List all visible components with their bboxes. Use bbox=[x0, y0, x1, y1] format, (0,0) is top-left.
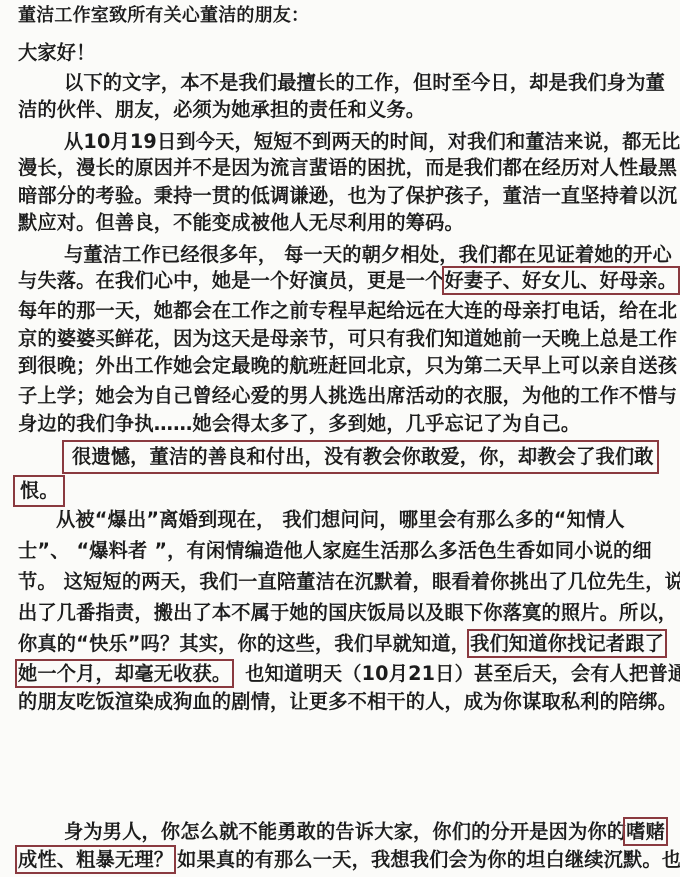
paragraph-text: 如果真的有那么一天，我想我们会为你的坦白继续沉默。也 bbox=[177, 848, 680, 871]
highlight-reporter-1: 我们知道你找记者跟了 bbox=[470, 632, 664, 655]
paragraph-line: 出了几番指责，搬出了本不属于她的国庆饭局以及眼下你落寞的照片。所以， bbox=[18, 601, 677, 625]
paragraph-line: 以下的文字，本不是我们最擅长的工作，但时至今日，却是我们身为董 bbox=[64, 71, 665, 95]
paragraph-text: 身为男人，你怎么就不能勇敢的告诉大家，你们的分开是因为你的 bbox=[64, 820, 626, 843]
highlight-gambling-2: 成性、粗暴无理？ bbox=[18, 848, 173, 871]
paragraph-line: 成性、粗暴无理？如果真的有那么一天，我想我们会为你的坦白继续沉默。也 bbox=[18, 848, 680, 872]
greeting: 大家好！ bbox=[18, 41, 96, 65]
paragraph-line: 从10月19日到今天，短短不到两天的时间，对我们和董洁来说，都无比 bbox=[64, 130, 680, 154]
paragraph-line: 你真的“快乐”吗？其实，你的这些，我们早就知道，我们知道你找记者跟了 bbox=[18, 632, 664, 656]
paragraph-line: 漫长，漫长的原因并不是因为流言蜚语的困扰，而是我们都在经历对人性最黑 bbox=[18, 156, 677, 180]
paragraph-line: 的朋友吃饭渲染成狗血的剧情，让更多不相干的人，成为你谋取私利的陪绑。 bbox=[18, 690, 677, 714]
paragraph-line: 每年的那一天，她都会在工作之前专程早起给远在大连的母亲打电话，给在北 bbox=[18, 299, 677, 323]
paragraph-line: 暗部分的考验。秉持一贯的低调谦逊，也为了保护孩子，董洁一直坚持着以沉 bbox=[18, 184, 677, 208]
paragraph-line: 节。 这短短的两天，我们一直陪董洁在沉默着，眼看着你挑出了几位先生，说 bbox=[18, 570, 680, 594]
paragraph-line: 默应对。但善良，不能变成被他人无尽利用的筹码。 bbox=[18, 211, 464, 235]
paragraph-line: 到很晚；外出工作她会定最晚的航班赶回北京，只为第二天早上可以亲自送孩 bbox=[18, 354, 677, 378]
paragraph-line: 身为男人，你怎么就不能勇敢的告诉大家，你们的分开是因为你的嗜赌 bbox=[64, 820, 665, 844]
paragraph-line: 士”、 “爆料者 ”，有闲情编造他人家庭生活那么多活色生香如同小说的细 bbox=[18, 539, 652, 563]
highlight-good-wife: 好妻子、好女儿、好母亲。 bbox=[445, 269, 678, 292]
paragraph-line: 与失落。在我们心中，她是一个好演员，更是一个好妻子、好女儿、好母亲。 bbox=[18, 269, 677, 293]
paragraph-line: 身边的我们争执……她会得太多了，多到她，几乎忘记了为自己。 bbox=[18, 412, 580, 436]
paragraph-line: 洁的伙伴、朋友，必须为她承担的责任和义务。 bbox=[18, 98, 425, 122]
paragraph-text: 与失落。在我们心中，她是一个好演员，更是一个 bbox=[18, 269, 445, 292]
paragraph-line: 从被“爆出”离婚到现在， 我们想问问，哪里会有那么多的“知情人 bbox=[56, 508, 625, 532]
highlight-reporter-2: 她一个月，却毫无收获。 bbox=[18, 662, 231, 685]
highlight-gambling-1: 嗜赌 bbox=[626, 820, 665, 843]
paragraph-text: 你真的“快乐”吗？其实，你的这些，我们早就知道， bbox=[18, 632, 470, 655]
paragraph-line: 京的婆婆买鲜花，因为这天是母亲节，可只有我们知道她前一天晚上总是工作 bbox=[18, 327, 677, 351]
paragraph-line: 子上学；她会为自己曾经心爱的男人挑选出席活动的衣服，为他的工作不惜与 bbox=[18, 384, 677, 408]
highlight-regret: 很遗憾，董洁的善良和付出，没有教会你敢爱，你，却教会了我们敢 bbox=[72, 445, 654, 469]
paragraph-line: 与董洁工作已经很多年， 每一天的朝夕相处，我们都在见证着她的开心 bbox=[64, 243, 672, 267]
letter-title: 董洁工作室致所有关心董洁的朋友： bbox=[18, 4, 309, 28]
paragraph-text: 也知道明天（10月21日）甚至后天，会有人把普通 bbox=[245, 662, 680, 685]
paragraph-line: 她一个月，却毫无收获。也知道明天（10月21日）甚至后天，会有人把普通 bbox=[18, 662, 680, 686]
highlight-hate: 恨。 bbox=[20, 479, 59, 503]
